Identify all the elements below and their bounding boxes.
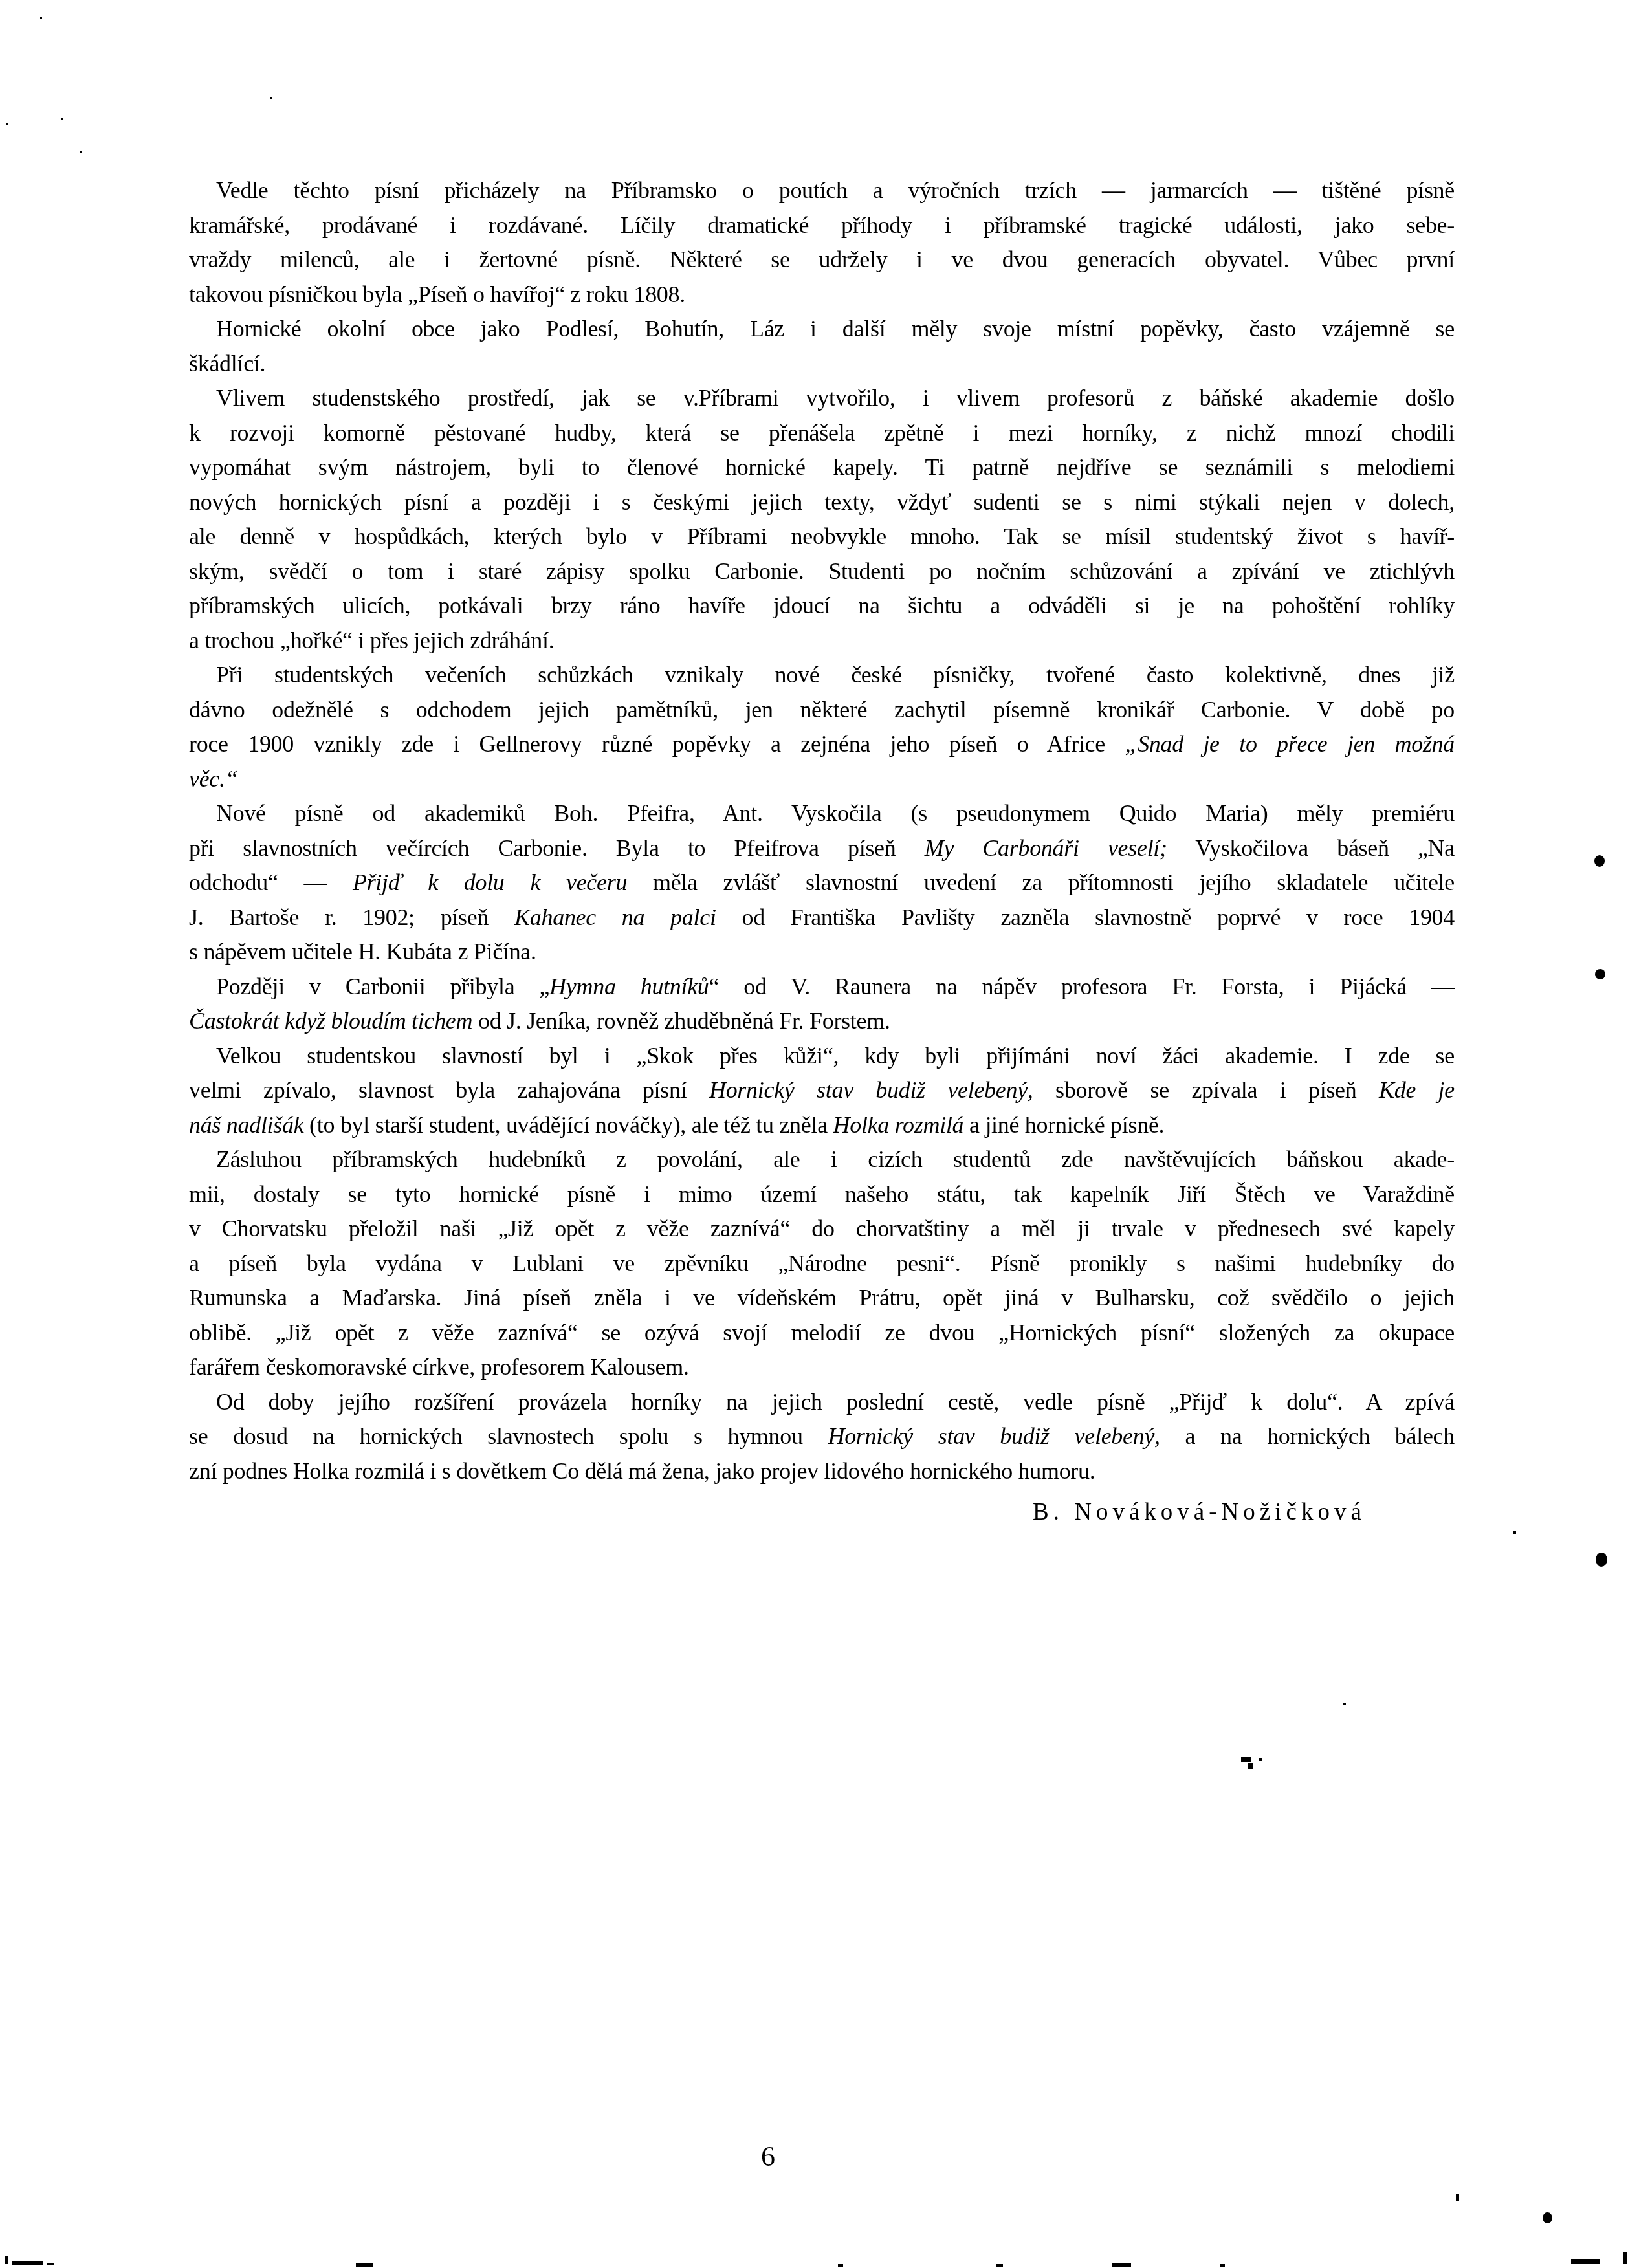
- text-line: odchodu“ — Přijď k dolu k večeru měla zv…: [189, 866, 1455, 900]
- text-line: a píseň byla vydána v Lublani ve zpěvník…: [189, 1247, 1455, 1281]
- ink-speck: [270, 97, 272, 99]
- text-segment: oblibě. „Již opět z věže zaznívá“ se ozý…: [189, 1320, 1455, 1346]
- text-segment: a na hornických bálech: [1160, 1423, 1455, 1449]
- text-segment: vypomáhat svým nástrojem, byli to členov…: [189, 454, 1455, 480]
- italic-text-segment: Přijď k dolu k večeru: [353, 869, 627, 895]
- italic-text-segment: Hornický stav budiž velebený,: [828, 1423, 1160, 1449]
- ink-speck: [1456, 2194, 1459, 2201]
- text-segment: a trochou „hořké“ i přes jejich zdráhání…: [189, 627, 554, 653]
- ink-speck: [1343, 1703, 1346, 1705]
- text-segment: škádlící.: [189, 351, 265, 376]
- text-line: Zásluhou příbramských hudebníků z povolá…: [189, 1142, 1455, 1177]
- italic-text-segment: Kde je: [1379, 1077, 1455, 1103]
- text-line: farářem českomoravské církve, profesorem…: [189, 1350, 1455, 1385]
- text-line: mii, dostaly se tyto hornické písně i mi…: [189, 1177, 1455, 1212]
- italic-text-segment: náš nadlišák: [189, 1112, 303, 1138]
- ink-speck: [6, 123, 8, 125]
- text-segment: velmi zpívalo, slavnost byla zahajována …: [189, 1077, 709, 1103]
- text-line: dávno odežnělé s odchodem jejich pamětní…: [189, 693, 1455, 728]
- ink-speck: [1241, 1757, 1251, 1762]
- text-segment: a píseň byla vydána v Lublani ve zpěvník…: [189, 1250, 1455, 1276]
- text-line: k rozvoji komorně pěstované hudby, která…: [189, 416, 1455, 451]
- text-segment: příbramských ulicích, potkávali brzy rán…: [189, 593, 1455, 618]
- ink-speck: [1259, 1758, 1262, 1761]
- text-segment: zní podnes Holka rozmilá i s dovětkem Co…: [189, 1458, 1095, 1484]
- text-line: J. Bartoše r. 1902; píseň Kahanec na pal…: [189, 900, 1455, 935]
- italic-text-segment: „Snad je to přece jen možná: [1125, 731, 1455, 757]
- text-line: takovou písničkou byla „Píseň o havířoj“…: [189, 278, 1455, 312]
- italic-text-segment: Kahanec na palci: [514, 904, 716, 930]
- text-line: příbramských ulicích, potkávali brzy rán…: [189, 589, 1455, 624]
- text-segment: (to byl starší student, uvádějící nováčk…: [303, 1112, 833, 1138]
- signature: B. Nováková-Nožičková: [1033, 1498, 1366, 1526]
- text-segment: Vlivem studenstského prostředí, jak se v…: [216, 385, 1455, 411]
- text-segment: Vedle těchto písní přicházely na Příbram…: [216, 177, 1455, 203]
- ink-speck: [1594, 855, 1605, 867]
- text-segment: Hornické okolní obce jako Podlesí, Bohut…: [216, 316, 1455, 342]
- ink-speck: [1248, 1763, 1253, 1769]
- ink-speck: [838, 2264, 843, 2267]
- page-number: 6: [761, 2140, 775, 2173]
- text-segment: měla zvlášť slavnostní uvedení za přítom…: [627, 869, 1455, 895]
- ink-speck: [1513, 1531, 1516, 1534]
- text-segment: Později v Carbonii přibyla „: [216, 974, 549, 999]
- text-segment: Vyskočilova báseň „Na: [1167, 835, 1455, 861]
- text-line: zní podnes Holka rozmilá i s dovětkem Co…: [189, 1454, 1455, 1489]
- text-line: při slavnostních večírcích Carbonie. Byl…: [189, 831, 1455, 866]
- ink-speck: [1571, 2259, 1600, 2264]
- text-segment: v Chorvatsku přeložil naši „Již opět z v…: [189, 1216, 1455, 1241]
- text-line: Vlivem studenstského prostředí, jak se v…: [189, 381, 1455, 416]
- body-text: Vedle těchto písní přicházely na Příbram…: [189, 173, 1455, 1488]
- italic-text-segment: Holka rozmilá: [833, 1112, 964, 1138]
- text-segment: Zásluhou příbramských hudebníků z povolá…: [216, 1146, 1455, 1172]
- text-line: Častokrát když bloudím tichem od J. Jení…: [189, 1004, 1455, 1039]
- text-segment: Velkou studentskou slavností byl i „Skok…: [216, 1043, 1455, 1069]
- ink-speck: [1596, 1553, 1607, 1567]
- ink-speck: [12, 2261, 43, 2265]
- text-line: Vedle těchto písní přicházely na Příbram…: [189, 173, 1455, 208]
- text-segment: Od doby jejího rozšíření provázela horní…: [216, 1389, 1455, 1415]
- text-segment: se dosud na hornických slavnostech spolu…: [189, 1423, 828, 1449]
- italic-text-segment: My Carbonáři veselí;: [925, 835, 1167, 861]
- text-segment: s nápěvem učitele H. Kubáta z Pičína.: [189, 939, 536, 965]
- ink-speck: [1220, 2264, 1225, 2267]
- text-line: Později v Carbonii přibyla „Hymna hutník…: [189, 970, 1455, 1005]
- text-line: v Chorvatsku přeložil naši „Již opět z v…: [189, 1212, 1455, 1247]
- text-segment: k rozvoji komorně pěstované hudby, která…: [189, 420, 1455, 446]
- text-line: s nápěvem učitele H. Kubáta z Pičína.: [189, 935, 1455, 970]
- text-line: ale denně v hospůdkách, kterých bylo v P…: [189, 519, 1455, 554]
- text-segment: “ od V. Raunera na nápěv profesora Fr. F…: [709, 974, 1455, 999]
- text-segment: takovou písničkou byla „Píseň o havířoj“…: [189, 281, 685, 307]
- text-line: Od doby jejího rozšíření provázela horní…: [189, 1385, 1455, 1420]
- text-segment: od J. Jeníka, rovněž zhuděbněná Fr. Fors…: [472, 1008, 890, 1034]
- italic-text-segment: věc.“: [189, 766, 237, 792]
- text-line: ským, svědčí o tom i staré zápisy spolku…: [189, 554, 1455, 589]
- scanned-page: Vedle těchto písní přicházely na Příbram…: [0, 0, 1650, 2268]
- text-segment: při slavnostních večírcích Carbonie. Byl…: [189, 835, 925, 861]
- text-line: věc.“: [189, 762, 1455, 797]
- text-segment: vraždy milenců, ale i žertovné písně. Ně…: [189, 246, 1455, 272]
- ink-speck: [1112, 2263, 1131, 2267]
- text-segment: Při studentských večeních schůzkách vzni…: [216, 662, 1455, 688]
- ink-speck: [1595, 969, 1605, 979]
- ink-speck: [996, 2264, 1003, 2267]
- text-segment: J. Bartoše r. 1902; píseň: [189, 904, 514, 930]
- ink-speck: [61, 118, 63, 120]
- text-line: vypomáhat svým nástrojem, byli to členov…: [189, 450, 1455, 485]
- text-line: se dosud na hornických slavnostech spolu…: [189, 1419, 1455, 1454]
- text-segment: mii, dostaly se tyto hornické písně i mi…: [189, 1181, 1455, 1207]
- text-line: kramářské, prodávané i rozdávané. Líčily…: [189, 208, 1455, 243]
- text-line: náš nadlišák (to byl starší student, uvá…: [189, 1108, 1455, 1143]
- ink-speck: [356, 2263, 373, 2267]
- ink-speck: [80, 151, 82, 153]
- text-segment: ale denně v hospůdkách, kterých bylo v P…: [189, 523, 1455, 549]
- text-segment: Rumunska a Maďarska. Jiná píseň zněla i …: [189, 1285, 1455, 1311]
- text-line: Hornické okolní obce jako Podlesí, Bohut…: [189, 312, 1455, 347]
- text-segment: farářem českomoravské církve, profesorem…: [189, 1354, 689, 1380]
- text-segment: kramářské, prodávané i rozdávané. Líčily…: [189, 212, 1455, 238]
- text-line: Nové písně od akademiků Boh. Pfeifra, An…: [189, 796, 1455, 831]
- text-line: roce 1900 vznikly zde i Gellnerovy různé…: [189, 727, 1455, 762]
- ink-speck: [1623, 2252, 1627, 2264]
- text-segment: Nové písně od akademiků Boh. Pfeifra, An…: [216, 800, 1455, 826]
- text-segment: dávno odežnělé s odchodem jejich pamětní…: [189, 697, 1455, 723]
- ink-speck: [1543, 2212, 1552, 2223]
- text-line: velmi zpívalo, slavnost byla zahajována …: [189, 1073, 1455, 1108]
- text-segment: ským, svědčí o tom i staré zápisy spolku…: [189, 558, 1455, 584]
- text-line: Velkou studentskou slavností byl i „Skok…: [189, 1039, 1455, 1074]
- text-line: Rumunska a Maďarska. Jiná píseň zněla i …: [189, 1281, 1455, 1316]
- text-line: oblibě. „Již opět z věže zaznívá“ se ozý…: [189, 1316, 1455, 1351]
- ink-speck: [5, 2256, 8, 2264]
- ink-speck: [47, 2263, 54, 2265]
- text-segment: nových hornických písní a později i s če…: [189, 489, 1455, 515]
- text-segment: sborově se zpívala i píseň: [1033, 1077, 1379, 1103]
- italic-text-segment: Hymna hutníků: [549, 974, 709, 999]
- text-line: škádlící.: [189, 347, 1455, 382]
- text-segment: od Františka Pavlišty zazněla slavnostně…: [716, 904, 1455, 930]
- text-line: a trochou „hořké“ i přes jejich zdráhání…: [189, 624, 1455, 659]
- text-segment: odchodu“ —: [189, 869, 353, 895]
- text-line: nových hornických písní a později i s če…: [189, 485, 1455, 520]
- text-segment: a jiné hornické písně.: [963, 1112, 1164, 1138]
- italic-text-segment: Hornický stav budiž velebený,: [709, 1077, 1033, 1103]
- italic-text-segment: Častokrát když bloudím tichem: [189, 1008, 472, 1034]
- ink-speck: [40, 17, 42, 19]
- text-line: vraždy milenců, ale i žertovné písně. Ně…: [189, 243, 1455, 278]
- text-line: Při studentských večeních schůzkách vzni…: [189, 658, 1455, 693]
- text-segment: roce 1900 vznikly zde i Gellnerovy různé…: [189, 731, 1125, 757]
